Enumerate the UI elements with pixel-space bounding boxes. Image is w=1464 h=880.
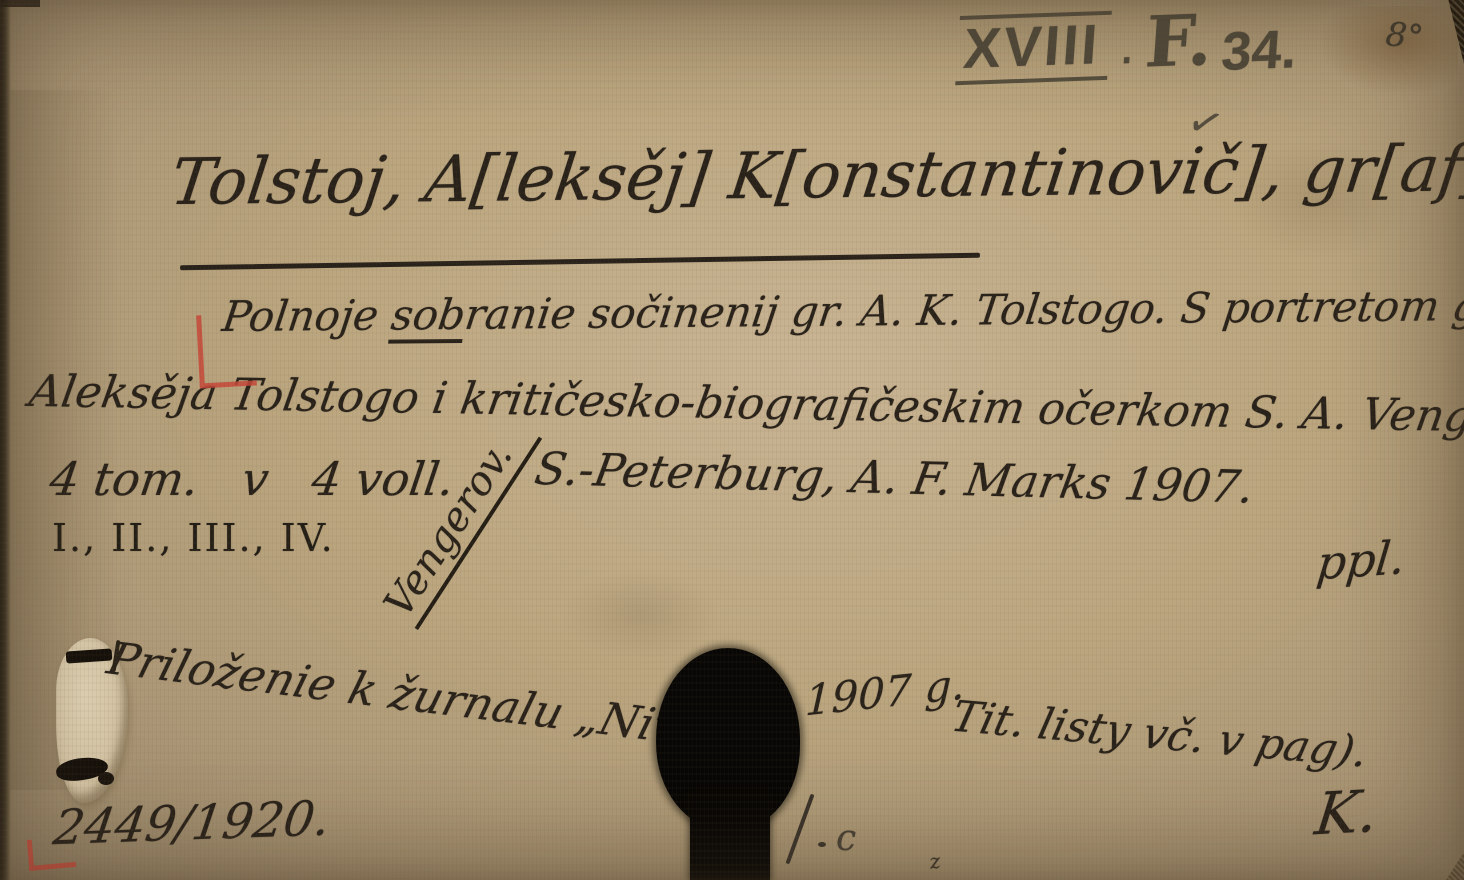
accession-number: 2449/1920.	[50, 790, 333, 856]
card-top-left-shadow	[0, 0, 40, 7]
vengerov-stamp: Vengerov.	[374, 411, 542, 630]
heading-author: Tolstoj, A[leksěj] K[onstantinovič], gr[…	[166, 132, 1464, 220]
note-line-right: Tit. listy vč. v pag).	[947, 692, 1373, 778]
red-bracket-bottom	[27, 836, 77, 871]
title-line-1-post: ranie sočinenij gr. A. K. Tolstogo. S po…	[462, 280, 1464, 339]
slash-mark	[785, 794, 814, 865]
binding-note: ppl.	[1314, 530, 1408, 591]
red-bracket-top	[196, 313, 257, 389]
call-number-class: XVIII	[955, 11, 1112, 85]
cataloguer-initial: K.	[1312, 777, 1382, 849]
call-number-letter: F.	[1143, 7, 1215, 76]
imprint: S.-Peterburg, A. F. Marks 1907.	[531, 442, 1258, 514]
title-line-1: Polnoje sobranie sočinenij gr. A. K. Tol…	[220, 280, 1464, 341]
catalog-card: XVIII . F. 34. ✓ 8° Tolstoj, A[leksěj] K…	[0, 0, 1464, 880]
collation-statement: 4 tom. v 4 voll.	[46, 452, 457, 506]
tiny-mark: z	[928, 849, 942, 874]
stain-center	[560, 570, 720, 660]
card-left-edge	[0, 0, 11, 880]
volume-numbers: I., II., III., IV.	[52, 516, 335, 560]
note-line-mid: 1907 g.	[804, 659, 965, 725]
card-top-right-corner	[1440, 0, 1464, 64]
ink-blob-mark-small	[98, 772, 114, 785]
call-number-separator: .	[1118, 10, 1138, 78]
hole-punch-stem	[690, 796, 770, 880]
title-line-1-underlined: sob	[388, 290, 469, 344]
card-bottom-right-corner	[1446, 852, 1464, 880]
dot-mark	[818, 842, 826, 847]
call-number-number: 34.	[1219, 18, 1298, 83]
annotation-c: c	[836, 818, 856, 859]
heading-underline	[180, 253, 980, 271]
format-mark: 8°	[1384, 14, 1425, 57]
call-number: XVIII . F. 34.	[955, 4, 1300, 92]
